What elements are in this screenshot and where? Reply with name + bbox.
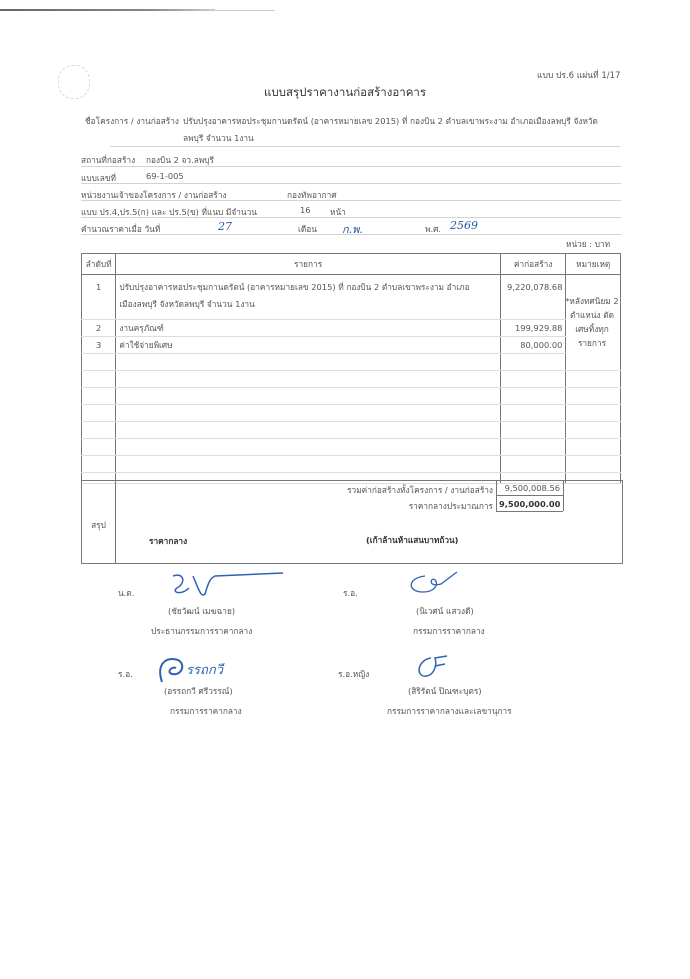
form-number: แบบ ปร.6 แผ่นที่ 1/17 (537, 68, 620, 82)
signer-1-rank: น.ต. (118, 586, 134, 600)
signer-1-role: ประธานกรรมการราคากลาง (151, 624, 252, 638)
project-value-line1: ปรับปรุงอาคารหอประชุมกานดรัตน์ (อาคารหมา… (183, 114, 623, 128)
divider (81, 234, 621, 235)
signature-mark (413, 652, 453, 682)
scan-edge-line (0, 9, 215, 11)
signer-2-role: กรรมการราคากลาง (413, 624, 485, 638)
signer-4-role: กรรมการราคากลางและเลขานุการ (387, 704, 512, 718)
empty-row (82, 456, 621, 473)
project-label: ชื่อโครงการ / งานก่อสร้าง (85, 114, 179, 128)
plan-no-value: 69-1-005 (146, 171, 184, 181)
empty-row (82, 439, 621, 456)
signer-4-rank: ร.อ.หญิง (338, 667, 369, 681)
empty-row (82, 422, 621, 439)
table-row: 1 ปรับปรุงอาคารหอประชุมกานดรัตน์ (อาคารห… (82, 275, 621, 320)
divider (563, 481, 564, 511)
unit-label: หน่วย : บาท (566, 237, 610, 251)
median-price-words: (เก้าล้านห้าแสนบาทถ้วน) (366, 533, 458, 547)
summary-section: สรุป รวมค่าก่อสร้างทั้งโครงการ / งานก่อส… (81, 480, 623, 564)
signer-2-name: (นิเวศน์ แสวงดี) (416, 604, 474, 618)
empty-row (82, 405, 621, 422)
site-label: สถานที่ก่อสร้าง (81, 153, 135, 167)
cost-table: ลำดับที่ รายการ ค่าก่อสร้าง หมายเหตุ 1 ป… (81, 253, 621, 484)
signer-3-role: กรรมการราคากลาง (170, 704, 242, 718)
estimate-label: ราคากลางประมาณการ (409, 499, 493, 513)
total-label: รวมค่าก่อสร้างทั้งโครงการ / งานก่อสร้าง (347, 483, 493, 497)
scan-edge-line (215, 10, 275, 11)
divider (496, 511, 563, 512)
signature-mark (165, 570, 290, 602)
signer-3-rank: ร.อ. (118, 667, 133, 681)
page-title: แบบสรุปราคางานก่อสร้างอาคาร (0, 84, 690, 102)
project-value-line2: ลพบุรี จำนวน 1งาน (183, 131, 254, 145)
empty-row (82, 371, 621, 388)
empty-row (82, 354, 621, 371)
summary-label: สรุป (82, 518, 115, 532)
signer-4-name: (สิริรัตน์ ปิณฑะบุตร) (408, 684, 482, 698)
remark-note: *หลังทศนิยม 2 ตำแหน่ง ตัดเศษทิ้งทุกรายกา… (565, 294, 619, 350)
divider (81, 200, 621, 201)
header-remark: หมายเหตุ (566, 254, 621, 275)
estimate-value: 9,500,000.00 (499, 499, 560, 509)
calc-month-handwritten: ก.พ. (342, 220, 363, 238)
signature-mark: รรถกวี (152, 652, 242, 686)
signer-3-name: (อรรถกวี ศรีวรรณ์) (164, 684, 233, 698)
empty-row (82, 388, 621, 405)
forms-count: 16 (300, 205, 311, 215)
signer-2-rank: ร.อ. (343, 586, 358, 600)
divider (81, 183, 621, 184)
divider (496, 495, 563, 496)
divider (81, 217, 621, 218)
divider (496, 481, 497, 511)
divider (81, 166, 621, 167)
total-value: 9,500,008.56 (499, 483, 560, 493)
calc-year-handwritten: 2569 (450, 219, 478, 232)
table-row: 3 ค่าใช้จ่ายพิเศษ 80,000.00 (82, 337, 621, 354)
svg-text:รรถกวี: รรถกวี (186, 662, 225, 678)
calc-day-handwritten: 27 (218, 220, 232, 233)
divider (110, 146, 620, 147)
table-row: 2 งานครุภัณฑ์ 199,929.88 (82, 320, 621, 337)
header-cost: ค่าก่อสร้าง (500, 254, 566, 275)
header-description: รายการ (116, 254, 501, 275)
median-price-label: ราคากลาง (149, 534, 187, 548)
header-no: ลำดับที่ (82, 254, 116, 275)
site-value: กองบิน 2 จว.ลพบุรี (146, 153, 214, 167)
signature-mark (405, 568, 465, 598)
signer-1-name: (ชัยวัฒน์ เมฆฉาย) (168, 604, 235, 618)
